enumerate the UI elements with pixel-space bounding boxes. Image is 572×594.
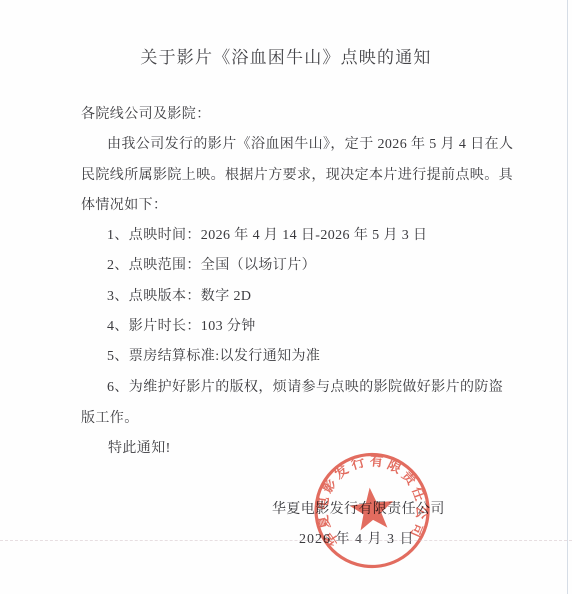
list-item-2: 2、点映范围：全国（以场订片）: [107, 257, 316, 274]
paragraph-line-3: 体情况如下：: [81, 197, 167, 214]
notice-title: 关于影片《浴血困牛山》点映的通知: [0, 43, 572, 68]
seal-star-icon: [348, 485, 396, 531]
page-edge-line: [567, 0, 568, 594]
list-item-6-continuation: 版工作。: [81, 410, 139, 427]
notice-document-page: 关于影片《浴血困牛山》点映的通知 各院线公司及影院： 由我公司发行的影片《浴血困…: [0, 0, 572, 594]
paragraph-line-2: 民院线所属影院上映。根据片方要求，现决定本片进行提前点映。具: [81, 167, 513, 184]
list-item-1: 1、点映时间：2026 年 4 月 14 日-2026 年 5 月 3 日: [107, 227, 427, 244]
closing-statement: 特此通知!: [108, 440, 171, 457]
list-item-3: 3、点映版本：数字 2D: [107, 288, 251, 305]
salutation: 各院线公司及影院：: [81, 106, 211, 123]
list-item-5: 5、票房结算标准:以发行通知为准: [107, 348, 320, 365]
list-item-6: 6、为维护好影片的版权，烦请参与点映的影院做好影片的防盗: [107, 379, 503, 396]
company-seal-stamp: 华夏电影发行有限责任公司: [300, 440, 444, 579]
paragraph-line-1: 由我公司发行的影片《浴血困牛山》，定于 2026 年 5 月 4 日在人: [107, 136, 513, 153]
scan-fold-line: [0, 540, 572, 541]
list-item-4: 4、影片时长：103 分钟: [107, 318, 256, 335]
